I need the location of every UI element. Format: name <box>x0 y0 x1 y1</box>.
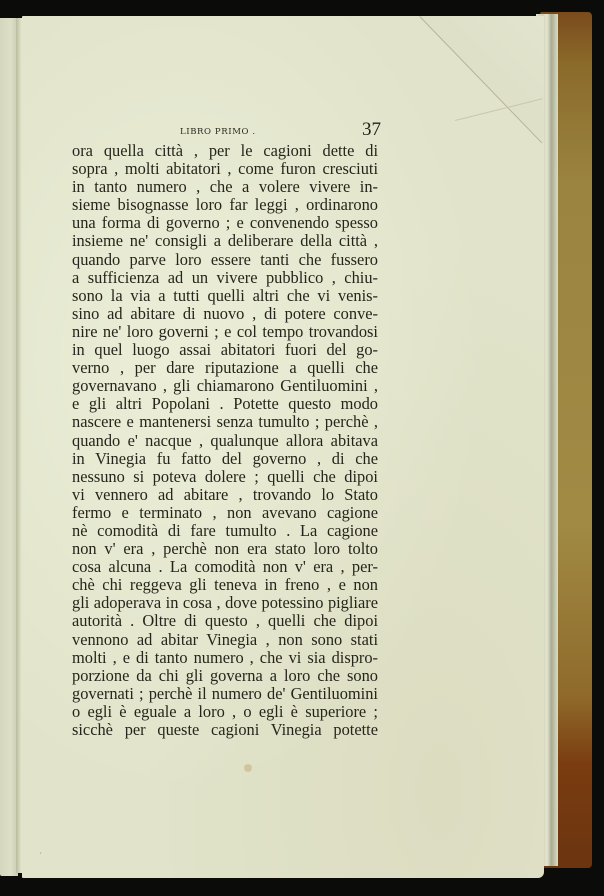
foxing-spot <box>244 764 252 772</box>
text-line: vennono ad abitar Vinegia , non sono sta… <box>72 631 378 649</box>
text-line: autorità . Oltre di questo , quelli che … <box>72 612 378 630</box>
running-head: LIBRO PRIMO . <box>180 127 256 137</box>
text-line: nire ne' loro governi ; e col tempo trov… <box>72 323 378 341</box>
text-line: molti , e di tanto numero , che vi sia d… <box>72 649 378 667</box>
text-line: vi vennero ad abitare , trovando lo Stat… <box>72 486 378 504</box>
text-line: gli adoperava in cosa , dove potessino p… <box>72 594 378 612</box>
text-line: governati ; perchè il numero de' Gentilu… <box>72 685 378 703</box>
text-line: quando e' nacque , qualunque allora abit… <box>72 432 378 450</box>
text-line: in Vinegia fu fatto del governo , di che <box>72 450 378 468</box>
text-line: nessuno si poteva dolere ; quelli che di… <box>72 468 378 486</box>
text-line: nè comodità di fare tumulto . La cagione <box>72 522 378 540</box>
text-line: sono la via a tutti quelli altri che vi … <box>72 287 378 305</box>
book-scan: ′ LIBRO PRIMO . 37 ora quella città , pe… <box>0 0 604 896</box>
text-line: governavano , gli chiamarono Gentiluomin… <box>72 377 378 395</box>
text-line: non v' era , perchè non era stato loro t… <box>72 540 378 558</box>
body-text: ora quella città , per le cagioni dette … <box>72 142 378 739</box>
book-gutter <box>16 18 22 873</box>
text-line: sopra , molti abitatori , come furon cre… <box>72 160 378 178</box>
text-line: porzione da chi gli governa a loro che s… <box>72 667 378 685</box>
text-line: una forma di governo ; e convenendo spes… <box>72 214 378 232</box>
text-line: in quel luogo assai abitatori fuori del … <box>72 341 378 359</box>
text-line: verno , per dare riputazione a quelli ch… <box>72 359 378 377</box>
text-line: sieme bisognasse loro far leggi , ordina… <box>72 196 378 214</box>
page-number: 37 <box>362 119 381 141</box>
text-line: nascere e mantenersi senza tumulto ; per… <box>72 413 378 431</box>
text-line: ora quella città , per le cagioni dette … <box>72 142 378 160</box>
signature-mark: ′ <box>40 852 42 860</box>
text-line: fermo e terminato , non avevano cagione <box>72 504 378 522</box>
text-line: o egli è eguale a loro , o egli è superi… <box>72 703 378 721</box>
text-line: in tanto numero , che a volere vivere in… <box>72 178 378 196</box>
text-line: quando parve loro essere tanti che fusse… <box>72 251 378 269</box>
text-line: sicchè per queste cagioni Vinegia potett… <box>72 721 378 739</box>
text-line: sino ad abitare di nuovo , di potere con… <box>72 305 378 323</box>
text-line: cosa alcuna . La comodità non v' era , p… <box>72 558 378 576</box>
text-line: insieme ne' consigli a deliberare della … <box>72 232 378 250</box>
text-line: chè chi reggeva gli teneva in freno , e … <box>72 576 378 594</box>
text-line: a sufficienza ad un vivere pubblico , ch… <box>72 269 378 287</box>
text-line: e gli altri Popolani . Potette questo mo… <box>72 395 378 413</box>
